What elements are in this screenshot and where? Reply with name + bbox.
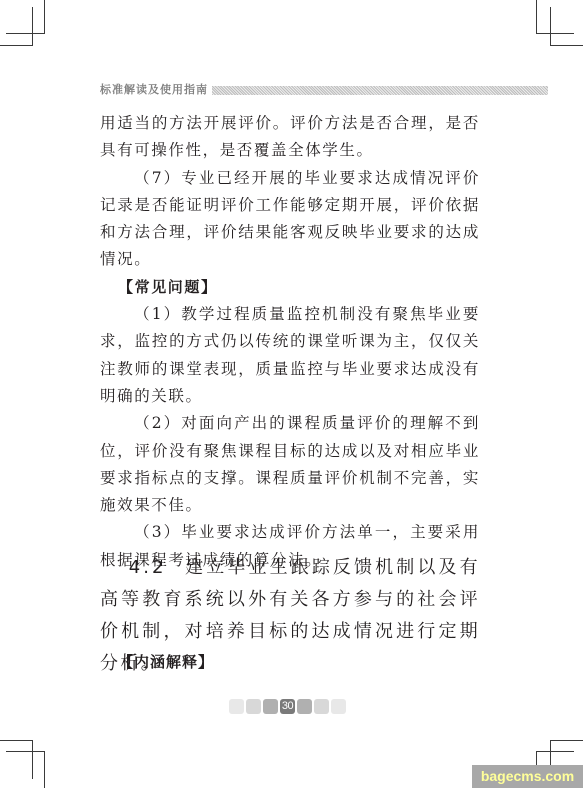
crop-mark bbox=[550, 45, 583, 46]
page-indicator: 30 bbox=[229, 699, 346, 714]
crop-mark bbox=[550, 7, 551, 45]
body-text: 用适当的方法开展评价。评价方法是否合理，是否具有可操作性，是否覆盖全体学生。 （… bbox=[100, 110, 480, 574]
crop-mark bbox=[44, 0, 45, 34]
pager-cell bbox=[263, 699, 278, 714]
hatched-band bbox=[212, 86, 548, 95]
pager-cell bbox=[331, 699, 346, 714]
common-issues-heading: 【常见问题】 bbox=[100, 274, 480, 301]
running-head-title: 标准解读及使用指南 bbox=[100, 81, 208, 97]
crop-mark bbox=[32, 7, 33, 45]
crop-mark bbox=[536, 33, 574, 34]
crop-mark bbox=[44, 751, 45, 788]
crop-mark bbox=[6, 751, 44, 752]
issue-item: （1）教学过程质量监控机制没有聚焦毕业要求，监控的方式仍以传统的课堂听课为主，仅… bbox=[100, 301, 480, 410]
pager-cell bbox=[297, 699, 312, 714]
paragraph: （7）专业已经开展的毕业要求达成情况评价记录是否能证明评价工作能够定期开展，评价… bbox=[100, 165, 480, 274]
pager-cell bbox=[229, 699, 244, 714]
crop-mark bbox=[536, 0, 537, 34]
crop-mark bbox=[32, 741, 33, 779]
crop-mark bbox=[6, 33, 44, 34]
crop-mark bbox=[536, 751, 574, 752]
running-head: 标准解读及使用指南 bbox=[100, 80, 548, 100]
paragraph: 用适当的方法开展评价。评价方法是否合理，是否具有可操作性，是否覆盖全体学生。 bbox=[100, 110, 480, 165]
connotation-heading: 【内涵解释】 bbox=[118, 651, 214, 672]
watermark: bagecms.com bbox=[472, 765, 583, 788]
page-number: 30 bbox=[280, 699, 295, 714]
pager-cell bbox=[246, 699, 261, 714]
crop-mark bbox=[0, 45, 33, 46]
section-number: 4.2 bbox=[100, 557, 166, 578]
crop-mark bbox=[550, 740, 583, 741]
crop-mark bbox=[0, 740, 33, 741]
issue-item: （2）对面向产出的课程质量评价的理解不到位，评价没有聚焦课程目标的达成以及对相应… bbox=[100, 410, 480, 519]
pager-cell bbox=[314, 699, 329, 714]
